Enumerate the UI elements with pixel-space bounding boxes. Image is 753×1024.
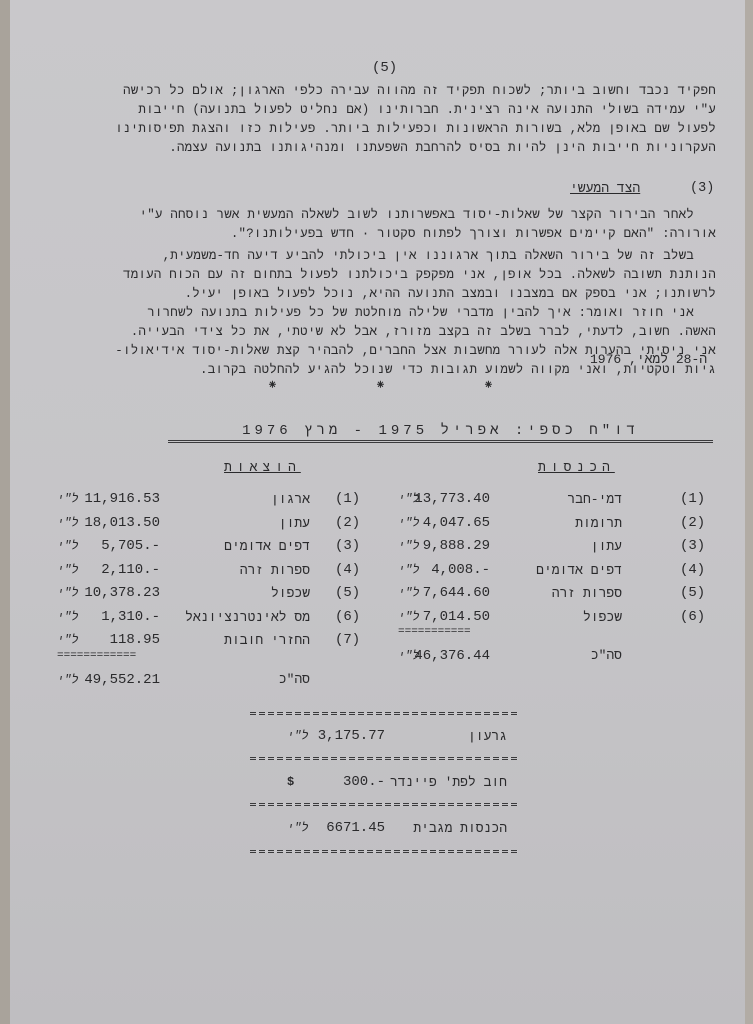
row-index: (5) — [335, 585, 360, 601]
text-line: לרשותנו; אני בספק אם במצבנו ובמצב התנועה… — [66, 285, 716, 304]
row-label: דפים אדומים — [536, 563, 622, 578]
row-index: (2) — [335, 515, 360, 531]
text-line: האשה. חשוב, לדעתי, לברר בשלב זה בקצב מזו… — [66, 323, 716, 342]
row-amount: 7,644.60 — [423, 585, 490, 601]
row-index: (4) — [335, 562, 360, 578]
text-line: העקרוניות חייבות הינן להיות בסיס להרחבת … — [66, 139, 716, 158]
paragraph-2: בשלב זה של בירור השאלה בתוך ארגוננו אין … — [66, 247, 716, 304]
currency-symbol: ל"י — [287, 729, 309, 743]
paragraph-1: לאחר הבירור הקצר של שאלות-יסוד באפשרותנו… — [66, 206, 716, 244]
row-index: (3) — [335, 538, 360, 554]
scan-edge-right — [745, 0, 753, 1024]
row-amount: 4,008.- — [431, 562, 490, 578]
total-amount: 49,552.21 — [84, 672, 160, 688]
row-index: (6) — [680, 609, 705, 625]
summary-amount: 6671.45 — [326, 820, 385, 836]
row-amount: 18,013.50 — [84, 515, 160, 531]
row-label: החזרי חובות — [224, 633, 310, 648]
row-amount: 1,310.- — [101, 609, 160, 625]
document-date: ה-28 למאי, 1976 — [590, 352, 707, 367]
currency-symbol: ל"י — [57, 610, 79, 624]
intro-paragraph: חפקיד נכבד וחשוב ביותר; לשכוח תפקיד זה מ… — [66, 82, 716, 158]
currency-symbol: $ — [287, 775, 294, 789]
text-line: אורורה: "האם קיימים אפשרות וצורך לפתוח ס… — [66, 225, 716, 244]
row-index: (5) — [680, 585, 705, 601]
row-label: דפים אדומים — [224, 539, 310, 554]
currency-symbol: ל"י — [57, 633, 79, 647]
summary-amount: 3,175.77 — [318, 728, 385, 744]
row-label: ספרות זרה — [552, 586, 622, 601]
text-line: לאחר הבירור הקצר של שאלות-יסוד באפשרותנו… — [66, 206, 716, 225]
summary-divider — [250, 850, 518, 853]
row-label: שכפול — [271, 586, 310, 601]
summary-divider — [250, 803, 518, 806]
text-line: בשלב זה של בירור השאלה בתוך ארגוננו אין … — [66, 247, 716, 266]
row-label: מס לאינטרנציונאל — [185, 610, 310, 625]
document-page: (5) חפקיד נכבד וחשוב ביותר; לשכוח תפקיד … — [10, 0, 745, 1024]
separator-star: ⁕ — [483, 378, 494, 393]
paragraph-3: אני חוזר ואומר: איך להבין מדברי שלילה מו… — [66, 304, 716, 380]
row-amount: 10,378.23 — [84, 585, 160, 601]
text-line: לפעול שם באופן מלא, בשורות הראשונות וכפע… — [66, 120, 716, 139]
summary-divider — [250, 757, 518, 760]
row-index: (1) — [335, 491, 360, 507]
row-index: (4) — [680, 562, 705, 578]
row-label: ספרות זרה — [240, 563, 310, 578]
currency-symbol: ל"י — [57, 586, 79, 600]
row-label: דמי-חבר — [567, 492, 622, 507]
scan-edge-left — [0, 0, 10, 1024]
currency-symbol: ל"י — [57, 539, 79, 553]
text-line: הנותנת תשובה לשאלה. בכל אופן, אני מפקפק … — [66, 266, 716, 285]
row-index: (6) — [335, 609, 360, 625]
total-label: סה"כ — [591, 648, 622, 663]
currency-symbol: ל"י — [287, 821, 309, 835]
currency-symbol: ל"י — [57, 516, 79, 530]
summary-label: גרעון — [468, 729, 507, 744]
currency-symbol: ל"י — [398, 563, 420, 577]
financial-report-title: דו"ח כספי: אפריל 1975 - מרץ 1976 — [168, 423, 713, 443]
section-title: הצד המעשי — [570, 181, 640, 196]
row-index: (7) — [335, 632, 360, 648]
text-line: ע"י עמידה בשולי התנועה אינה רצינית. חברו… — [66, 101, 716, 120]
text-line: אני חוזר ואומר: איך להבין מדברי שלילה מו… — [66, 304, 716, 323]
row-index: (2) — [680, 515, 705, 531]
currency-symbol: ל"י — [57, 673, 79, 687]
summary-label: הכנסות מגבית — [413, 821, 507, 836]
currency-symbol: ל"י — [398, 492, 420, 506]
row-label: ארגון — [271, 492, 310, 507]
currency-symbol: ל"י — [398, 610, 420, 624]
summary-label: חוב לפת' פיינדר — [390, 775, 507, 790]
currency-symbol: ל"י — [398, 649, 420, 663]
row-label: עתון — [591, 539, 622, 554]
row-amount: 11,916.53 — [84, 491, 160, 507]
total-rule: ============ — [57, 650, 136, 662]
summary-divider — [250, 712, 518, 715]
row-amount: 5,705.- — [101, 538, 160, 554]
row-amount: 7,014.50 — [423, 609, 490, 625]
separator-star: ⁕ — [267, 378, 278, 393]
income-heading: הכנסות — [538, 460, 615, 475]
currency-symbol: ל"י — [57, 492, 79, 506]
total-amount: 46,376.44 — [414, 648, 490, 664]
row-index: (3) — [680, 538, 705, 554]
row-amount: 9,888.29 — [423, 538, 490, 554]
row-label: עתון — [279, 516, 310, 531]
summary-amount: 300.- — [343, 774, 385, 790]
currency-symbol: ל"י — [398, 516, 420, 530]
total-rule: =========== — [398, 626, 471, 638]
text-line: חפקיד נכבד וחשוב ביותר; לשכוח תפקיד זה מ… — [66, 82, 716, 101]
row-amount: 2,110.- — [101, 562, 160, 578]
row-amount: 4,047.65 — [423, 515, 490, 531]
currency-symbol: ל"י — [398, 539, 420, 553]
section-number: (3) — [690, 181, 714, 196]
row-label: שכפול — [583, 610, 622, 625]
row-label: תרומות — [575, 516, 622, 531]
row-amount: 13,773.40 — [414, 491, 490, 507]
currency-symbol: ל"י — [398, 586, 420, 600]
row-amount: 118.95 — [110, 632, 160, 648]
total-label: סה"כ — [279, 672, 310, 687]
row-index: (1) — [680, 491, 705, 507]
page-number: (5) — [372, 60, 397, 76]
expenses-heading: הוצאות — [224, 460, 301, 475]
currency-symbol: ל"י — [57, 563, 79, 577]
separator-star: ⁕ — [375, 378, 386, 393]
